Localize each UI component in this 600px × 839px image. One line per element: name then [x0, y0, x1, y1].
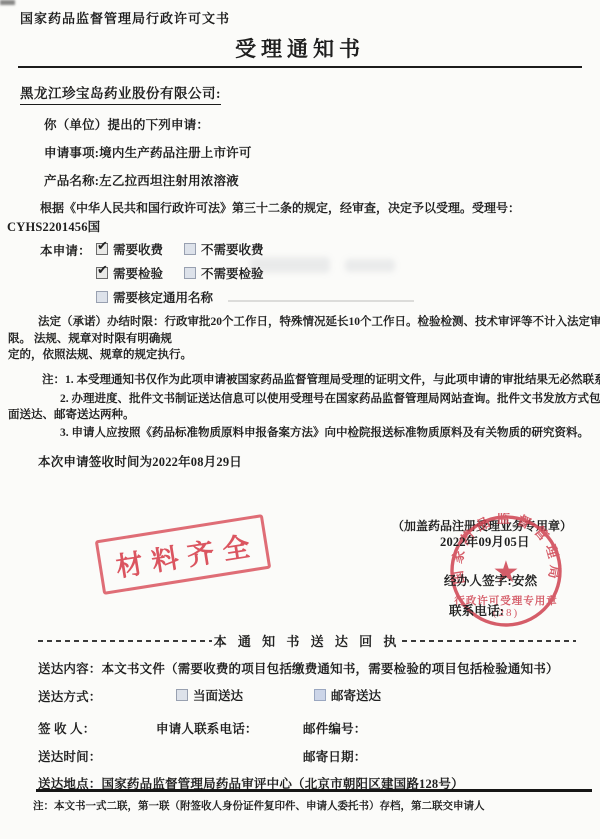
intro-line: 你（单位）提出的下列申请： — [44, 115, 209, 133]
acceptance-number: CYHS2201456国 — [7, 217, 100, 235]
scan-smudge — [345, 259, 395, 272]
document-type-header: 国家药品监督管理局行政许可文书 — [20, 8, 230, 27]
note-2-continued: 面送达、邮寄送达两种。 — [8, 406, 135, 422]
handler-signature: 经办人签字:安然 — [444, 571, 537, 589]
materials-complete-stamp: 材料齐全 — [95, 514, 272, 595]
generic-name-label: 需要核定通用名称 — [113, 288, 213, 306]
mail-label: 邮寄送达 — [331, 686, 381, 704]
page-title: 受理通知书 — [0, 33, 600, 63]
product-label: 产品名称: — [44, 174, 99, 188]
checkbox-no-fee-icon — [184, 243, 196, 255]
delivery-content-row: 送达内容：本文书文件（需要收费的项目包括缴费通知书，需要检验的项目包括检验通知书… — [38, 659, 559, 677]
method-mail-row: 邮寄送达 — [314, 686, 381, 704]
checkbox-in-person-icon — [176, 689, 188, 701]
delivery-time-label: 送达时间： — [38, 747, 102, 765]
product-field: 产品名称:左乙拉西坦注射用浓溶液 — [44, 171, 239, 189]
no-fee-label: 不需要收费 — [201, 240, 264, 258]
applicant-phone-label: 申请人联系电话： — [156, 719, 258, 737]
note-1: 注：1. 本受理通知书仅作为此项申请被国家药品监督管理局受理的证明文件，与此项申… — [42, 371, 600, 387]
title-divider — [18, 66, 582, 68]
checkbox-no-inspection-icon — [184, 267, 196, 279]
apply-item-field: 申请事项:境内生产药品注册上市许可 — [44, 143, 252, 161]
deadline-line-1: 法定（承诺）办结时限：行政审批20个工作日，特殊情况延长10个工作日。检验检测、… — [38, 313, 600, 329]
contact-phone-label: 联系电话: — [449, 601, 504, 619]
need-inspection-label: 需要检验 — [113, 264, 163, 282]
delivery-content-label: 送达内容： — [38, 662, 102, 676]
apply-item-label: 申请事项: — [44, 146, 99, 160]
inspection-option-row: 需要检验 不需要检验 — [96, 264, 264, 282]
method-in-person-row: 当面送达 — [176, 686, 243, 704]
mail-date-label: 邮寄日期： — [303, 747, 367, 765]
scan-faint-line — [228, 300, 414, 302]
no-inspection-label: 不需要检验 — [201, 264, 264, 282]
generic-name-option-row: 需要核定通用名称 — [96, 288, 213, 306]
checkbox-mail-icon — [314, 689, 326, 701]
fee-option-row: 需要收费 不需要收费 — [96, 240, 264, 258]
delivery-method-label: 送达方式： — [38, 687, 102, 705]
in-person-label: 当面送达 — [193, 686, 243, 704]
receipt-separator: 本 通 知 书 送 达 回 执 — [38, 631, 576, 650]
delivery-content-value: 本文书文件（需要收费的项目包括缴费通知书，需要检验的项目包括检验通知书） — [102, 662, 559, 676]
dash-line-left — [38, 640, 212, 642]
checkbox-need-fee-icon — [96, 243, 108, 255]
checkbox-generic-name-icon — [96, 291, 108, 303]
checkbox-need-inspection-icon — [96, 267, 108, 279]
document-page: 国家药品监督管理局行政许可文书 受理通知书 黑龙江珍宝岛药业股份有限公司: 你（… — [0, 0, 600, 839]
note-2: 2. 办理进度、批件文书制证送达信息可以使用受理号在国家药品监督管理局网站查询。… — [60, 390, 600, 406]
dash-line-right — [402, 640, 576, 642]
recipient-name: 黑龙江珍宝岛药业股份有限公司: — [20, 82, 221, 105]
application-label: 本申请： — [40, 241, 91, 259]
note-3: 3. 申请人应按照《药品标准物质原料申报备案方法》向中检院报送标准物质原料及有关… — [60, 424, 589, 440]
receipt-title: 本 通 知 书 送 达 回 执 — [212, 631, 403, 650]
mail-number-label: 邮件编号： — [303, 719, 367, 737]
deadline-line-2: 限。 法规、规章对时限有明确规 — [8, 330, 172, 346]
decision-line: 根据《中华人民共和国行政许可法》第三十二条的规定，经审查，决定予以受理。受理号： — [40, 199, 520, 216]
apply-item-value: 境内生产药品注册上市许可 — [99, 146, 251, 160]
seal-date: 2022年09月05日 — [440, 532, 530, 550]
footer-divider — [36, 789, 592, 792]
scan-artifact — [0, 0, 15, 5]
footer-note: 注：本文书一式二联，第一联（附签收人身份证件复印件、申请人委托书）存档，第二联交… — [33, 798, 485, 813]
sign-time-line: 本次申请签收时间为2022年08月29日 — [38, 452, 242, 470]
deadline-line-3: 定的，依照法规、规章的规定执行。 — [8, 346, 192, 362]
product-value: 左乙拉西坦注射用浓溶液 — [99, 174, 239, 188]
need-fee-label: 需要收费 — [113, 240, 163, 258]
signer-label: 签 收 人： — [38, 719, 95, 737]
